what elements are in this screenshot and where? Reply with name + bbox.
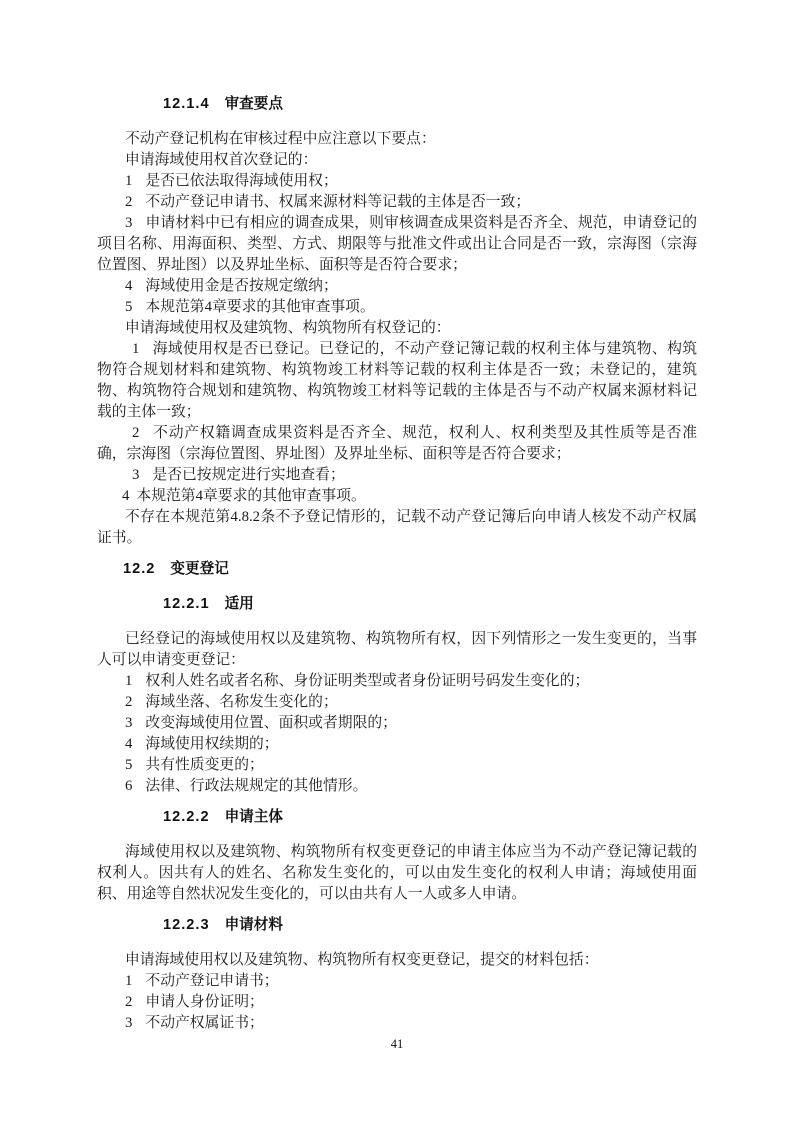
- paragraph-application-subject: 海域使用权以及建筑物、构筑物所有权变更登记的申请主体应当为不动产登记簿记载的权利…: [97, 842, 697, 905]
- item-number: 1: [125, 173, 132, 189]
- item-text: 海域使用金是否按规定缴纳；: [145, 278, 337, 294]
- list-item: 5本规范第4章要求的其他审查事项。: [97, 297, 697, 318]
- list-item: 4海域使用权续期的；: [97, 734, 697, 755]
- document-content: 12.1.4审查要点 不动产登记机构在审核过程中应注意以下要点： 申请海域使用权…: [97, 94, 697, 1055]
- list-item: 5共有性质变更的；: [97, 755, 697, 776]
- heading-title: 变更登记: [170, 561, 228, 577]
- list-item: 3申请材料中已有相应的调查成果，则审核调查成果资料是否齐全、规范，申请登记的项目…: [97, 213, 697, 276]
- heading-title: 适用: [225, 596, 254, 612]
- heading-title: 申请主体: [225, 809, 283, 825]
- list-item: 3是否已按规定进行实地查看；: [97, 465, 697, 486]
- item-text: 共有性质变更的；: [145, 757, 263, 773]
- list-item: 1不动产登记申请书；: [97, 971, 697, 992]
- item-number: 3: [125, 215, 132, 231]
- heading-number: 12.2.1: [163, 596, 210, 612]
- item-number: 1: [132, 341, 139, 357]
- list-item: 3不动产权属证书；: [97, 1013, 697, 1034]
- item-number: 5: [125, 299, 132, 315]
- item-number: 2: [125, 694, 132, 710]
- item-number: 5: [125, 757, 132, 773]
- section-heading-12-2-1: 12.2.1适用: [97, 594, 697, 615]
- page-footer: 41: [97, 1034, 697, 1055]
- list-item: 2海域坐落、名称发生变化的；: [97, 692, 697, 713]
- item-number: 1: [125, 973, 132, 989]
- list-item: 1权利人姓名或者名称、身份证明类型或者身份证明号码发生变化的；: [97, 671, 697, 692]
- item-number: 2: [125, 194, 132, 210]
- heading-number: 12.2: [123, 561, 155, 577]
- list-item: 4本规范第4章要求的其他审查事项。: [97, 486, 697, 507]
- item-text: 海域坐落、名称发生变化的；: [145, 694, 337, 710]
- item-text: 是否已按规定进行实地查看；: [152, 467, 344, 483]
- list-item: 2不动产权籍调查成果资料是否齐全、规范，权利人、权利类型及其性质等是否准确，宗海…: [97, 423, 697, 465]
- item-number: 2: [132, 425, 139, 441]
- item-text: 不动产权属证书；: [145, 1015, 263, 1031]
- paragraph-building-registration-lead: 申请海域使用权及建筑物、构筑物所有权登记的：: [97, 318, 697, 339]
- list-item: 2不动产登记申请书、权属来源材料等记载的主体是否一致；: [97, 192, 697, 213]
- paragraph-first-registration-lead: 申请海域使用权首次登记的：: [97, 150, 697, 171]
- list-item: 6法律、行政法规规定的其他情形。: [97, 776, 697, 797]
- item-text: 本规范第4章要求的其他审查事项。: [145, 299, 374, 315]
- heading-title: 审查要点: [225, 96, 283, 112]
- item-number: 1: [125, 673, 132, 689]
- item-number: 3: [132, 467, 139, 483]
- list-item: 1是否已依法取得海域使用权；: [97, 171, 697, 192]
- heading-number: 12.2.2: [163, 809, 210, 825]
- paragraph-review-intro: 不动产登记机构在审核过程中应注意以下要点：: [97, 129, 697, 150]
- item-text: 海域使用权续期的；: [145, 736, 278, 752]
- item-text: 本规范第4章要求的其他审查事项。: [136, 488, 365, 504]
- paragraph-application-materials-lead: 申请海域使用权以及建筑物、构筑物所有权变更登记，提交的材料包括：: [97, 950, 697, 971]
- section-heading-12-2-3: 12.2.3申请材料: [97, 915, 697, 936]
- heading-number: 12.1.4: [163, 96, 210, 112]
- item-text: 是否已依法取得海域使用权；: [145, 173, 337, 189]
- list-item: 4海域使用金是否按规定缴纳；: [97, 276, 697, 297]
- item-text: 权利人姓名或者名称、身份证明类型或者身份证明号码发生变化的；: [145, 673, 589, 689]
- item-text: 申请人身份证明；: [145, 994, 263, 1010]
- list-item: 3改变海域使用位置、面积或者期限的；: [97, 713, 697, 734]
- paragraph-change-registration-intro: 已经登记的海域使用权以及建筑物、构筑物所有权，因下列情形之一发生变更的，当事人可…: [97, 629, 697, 671]
- page-number: 41: [391, 1037, 404, 1051]
- item-text: 不动产登记申请书、权属来源材料等记载的主体是否一致；: [145, 194, 530, 210]
- item-number: 4: [125, 736, 132, 752]
- section-heading-12-1-4: 12.1.4审查要点: [97, 94, 697, 115]
- item-number: 4: [122, 488, 129, 504]
- heading-title: 申请材料: [225, 917, 283, 933]
- item-text: 法律、行政法规规定的其他情形。: [145, 778, 367, 794]
- section-heading-12-2-2: 12.2.2申请主体: [97, 807, 697, 828]
- item-text: 不动产权籍调查成果资料是否齐全、规范，权利人、权利类型及其性质等是否准确，宗海图…: [97, 425, 697, 462]
- item-text: 申请材料中已有相应的调查成果，则审核调查成果资料是否齐全、规范，申请登记的项目名…: [97, 215, 697, 273]
- section-heading-12-2: 12.2变更登记: [97, 559, 697, 580]
- item-number: 2: [125, 994, 132, 1010]
- item-number: 3: [125, 715, 132, 731]
- item-text: 改变海域使用位置、面积或者期限的；: [145, 715, 397, 731]
- list-item: 2申请人身份证明；: [97, 992, 697, 1013]
- item-number: 3: [125, 1015, 132, 1031]
- list-item: 1海域使用权是否已登记。已登记的，不动产登记簿记载的权利主体与建筑物、构筑物符合…: [97, 339, 697, 423]
- item-number: 4: [125, 278, 132, 294]
- heading-number: 12.2.3: [163, 917, 210, 933]
- document-page: 12.1.4审查要点 不动产登记机构在审核过程中应注意以下要点： 申请海域使用权…: [0, 0, 793, 1122]
- item-text: 海域使用权是否已登记。已登记的，不动产登记簿记载的权利主体与建筑物、构筑物符合规…: [97, 341, 697, 420]
- item-number: 6: [125, 778, 132, 794]
- item-text: 不动产登记申请书；: [145, 973, 278, 989]
- paragraph-closing: 不存在本规范第4.8.2条不予登记情形的，记载不动产登记簿后向申请人核发不动产权…: [97, 507, 697, 549]
